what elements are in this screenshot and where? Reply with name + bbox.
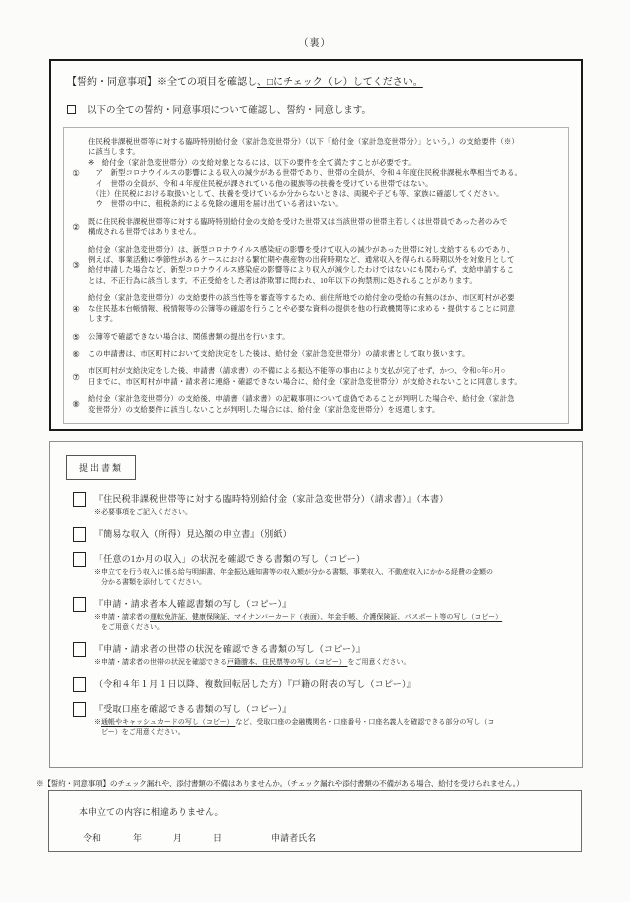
pledge-item-text: この申請書は、市区町村において支給決定をした後は、給付金（家計急変世帯分）の請求…: [88, 349, 564, 359]
document-checkbox[interactable]: [73, 702, 86, 717]
pledge-item-text: 既に住民税非課税世帯等に対する臨時特別給付金の支給を受けた世帯又は当該世帯の世帯…: [88, 217, 564, 238]
pledge-items-box: ① 住民税非課税世帯等に対する臨時特別給付金（家計急変世帯分）（以下「給付金（家…: [63, 127, 569, 424]
declaration-statement: 本申立ての内容に相違ありません。: [79, 805, 581, 818]
documents-list: 『住民税非課税世帯等に対する臨時特別給付金（家計急変世帯分）（請求書）』（本書）…: [73, 492, 568, 737]
pledge-item-text: 給付金（家計急変世帯分）の支給後、申請書（請求書）の記載事項について虚偽であるこ…: [88, 394, 564, 415]
document-item-bank-account-proof: 『受取口座を確認できる書類の写し（コピー）』 ※通帳やキャッシュカードの写し（コ…: [73, 702, 568, 737]
pledge-item-7: ⑦ 市区町村が支給決定をした後、申請書（請求書）の不備による振込不能等の事由によ…: [64, 366, 564, 387]
document-title: （令和４年１月１日以降、複数回転居した方）『戸籍の附表の写し（コピー）』: [94, 677, 568, 690]
pledge-title-underlined-text: 、□にチェック（レ）してください。: [257, 77, 423, 88]
document-item-household-proof: 『申請・請求者の世帯の状況を確認できる書類の写し（コピー）』 ※申請・請求者の世…: [73, 642, 568, 667]
applicant-name-label: 申請者氏名: [271, 831, 316, 844]
document-note: ※申請・請求者の世帯の状況を確認できる戸籍謄本、住民票等の写し（コピー） をご用…: [94, 657, 568, 667]
pledge-item-6: ⑥ この申請書は、市区町村において支給決定をした後は、給付金（家計急変世帯分）の…: [64, 349, 564, 359]
document-title: 『簡易な収入（所得）見込額の申立書』（別紙）: [94, 527, 568, 540]
pledge-item-text: 給付金（家計急変世帯分）は、新型コロナウイルス感染症の影響を受けて収入の減少があ…: [88, 245, 564, 287]
document-note: ※申請・請求者の運転免許証、健康保険証、マイナンバーカード（表面）、年金手帳、介…: [94, 612, 568, 632]
document-checkbox[interactable]: [73, 677, 86, 692]
day-label: 日: [213, 831, 222, 844]
documents-heading: 提出書類: [66, 455, 136, 480]
pledge-item-number: ⑥: [64, 349, 88, 359]
document-item-identity-proof: 『申請・請求者本人確認書類の写し（コピー）』 ※申請・請求者の運転免許証、健康保…: [73, 597, 568, 632]
agree-all-checkbox[interactable]: [67, 105, 76, 114]
pledge-consent-section: 【誓約・同意事項】※全ての項目を確認し、□にチェック（レ）してください。 以下の…: [49, 59, 583, 431]
pledge-item-text: 公簿等で確認できない場合は、関係書類の提出を行います。: [88, 332, 564, 342]
pledge-item-number: ⑧: [64, 399, 88, 409]
submission-documents-section: 提出書類 『住民税非課税世帯等に対する臨時特別給付金（家計急変世帯分）（請求書）…: [49, 441, 583, 768]
pledge-item-text: 市区町村が支給決定をした後、申請書（請求書）の不備による振込不能等の事由により支…: [88, 366, 564, 387]
pledge-agree-label: 以下の全ての誓約・同意事項について確認し、誓約・同意します。: [87, 102, 371, 116]
pledge-item-number: ②: [64, 222, 88, 232]
document-note: ※必要事項をご記入ください。: [94, 507, 568, 517]
document-title: 「任意の1か月の収入」の状況を確認できる書類の写し（コピー）: [94, 552, 568, 565]
document-title: 『受取口座を確認できる書類の写し（コピー）』: [94, 702, 568, 715]
document-title: 『住民税非課税世帯等に対する臨時特別給付金（家計急変世帯分）（請求書）』（本書）: [94, 492, 568, 505]
pledge-section-title: 【誓約・同意事項】※全ての項目を確認し、□にチェック（レ）してください。: [67, 73, 567, 88]
document-title: 『申請・請求者本人確認書類の写し（コピー）』: [94, 597, 568, 610]
declaration-date-row: 令和 年 月 日 申請者氏名: [83, 831, 581, 844]
document-checkbox[interactable]: [73, 492, 86, 507]
document-item-main-form: 『住民税非課税世帯等に対する臨時特別給付金（家計急変世帯分）（請求書）』（本書）…: [73, 492, 568, 517]
year-label: 年: [133, 831, 142, 844]
pledge-item-2: ② 既に住民税非課税世帯等に対する臨時特別給付金の支給を受けた世帯又は当該世帯の…: [64, 217, 564, 238]
document-title: 『申請・請求者の世帯の状況を確認できる書類の写し（コピー）』: [94, 642, 568, 655]
month-label: 月: [173, 831, 182, 844]
pledge-item-8: ⑧ 給付金（家計急変世帯分）の支給後、申請書（請求書）の記載事項について虚偽であ…: [64, 394, 564, 415]
document-checkbox[interactable]: [73, 552, 86, 567]
final-check-footnote: ※【誓約・同意事項】のチェック漏れや、添付書類の不備はありませんか。（チェック漏…: [36, 778, 592, 789]
document-item-income-statement: 『簡易な収入（所得）見込額の申立書』（別紙）: [73, 527, 568, 542]
pledge-item-number: ③: [64, 260, 88, 270]
pledge-item-number: ⑤: [64, 332, 88, 342]
document-item-family-register-appendix: （令和４年１月１日以降、複数回転居した方）『戸籍の附表の写し（コピー）』: [73, 677, 568, 692]
pledge-item-number: ⑦: [64, 372, 88, 382]
form-back-page: （裏） 【誓約・同意事項】※全ての項目を確認し、□にチェック（レ）してください。…: [0, 0, 630, 902]
era-label: 令和: [83, 831, 101, 844]
document-checkbox[interactable]: [73, 642, 86, 657]
document-note: ※通帳やキャッシュカードの写し（コピー） など、受取口座の金融機関名・口座番号・…: [94, 717, 568, 737]
pledge-item-text: 給付金（家計急変世帯分）の支給要件の該当性等を審査等するため、前住所地での給付金…: [88, 293, 564, 324]
pledge-item-number: ④: [64, 304, 88, 314]
pledge-agree-row: 以下の全ての誓約・同意事項について確認し、誓約・同意します。: [67, 102, 567, 116]
pledge-item-5: ⑤ 公簿等で確認できない場合は、関係書類の提出を行います。: [64, 332, 564, 342]
pledge-item-3: ③ 給付金（家計急変世帯分）は、新型コロナウイルス感染症の影響を受けて収入の減少…: [64, 245, 564, 287]
page-side-label: （裏）: [0, 34, 630, 49]
declaration-section: 本申立ての内容に相違ありません。 令和 年 月 日 申請者氏名: [48, 790, 582, 852]
pledge-item-number: ①: [64, 168, 88, 178]
pledge-item-4: ④ 給付金（家計急変世帯分）の支給要件の該当性等を審査等するため、前住所地での給…: [64, 293, 564, 324]
document-note: ※申立てを行う収入に係る給与明細書、年金振込通知書等の収入額が分かる書類、事業収…: [94, 567, 568, 587]
document-checkbox[interactable]: [73, 527, 86, 542]
pledge-title-text: 【誓約・同意事項】※全ての項目を確認し: [67, 77, 257, 88]
document-checkbox[interactable]: [73, 597, 86, 612]
document-item-monthly-income-proof: 「任意の1か月の収入」の状況を確認できる書類の写し（コピー） ※申立てを行う収入…: [73, 552, 568, 587]
pledge-item-text: 住民税非課税世帯等に対する臨時特別給付金（家計急変世帯分）（以下「給付金（家計急…: [88, 137, 564, 210]
pledge-item-1: ① 住民税非課税世帯等に対する臨時特別給付金（家計急変世帯分）（以下「給付金（家…: [64, 137, 564, 210]
